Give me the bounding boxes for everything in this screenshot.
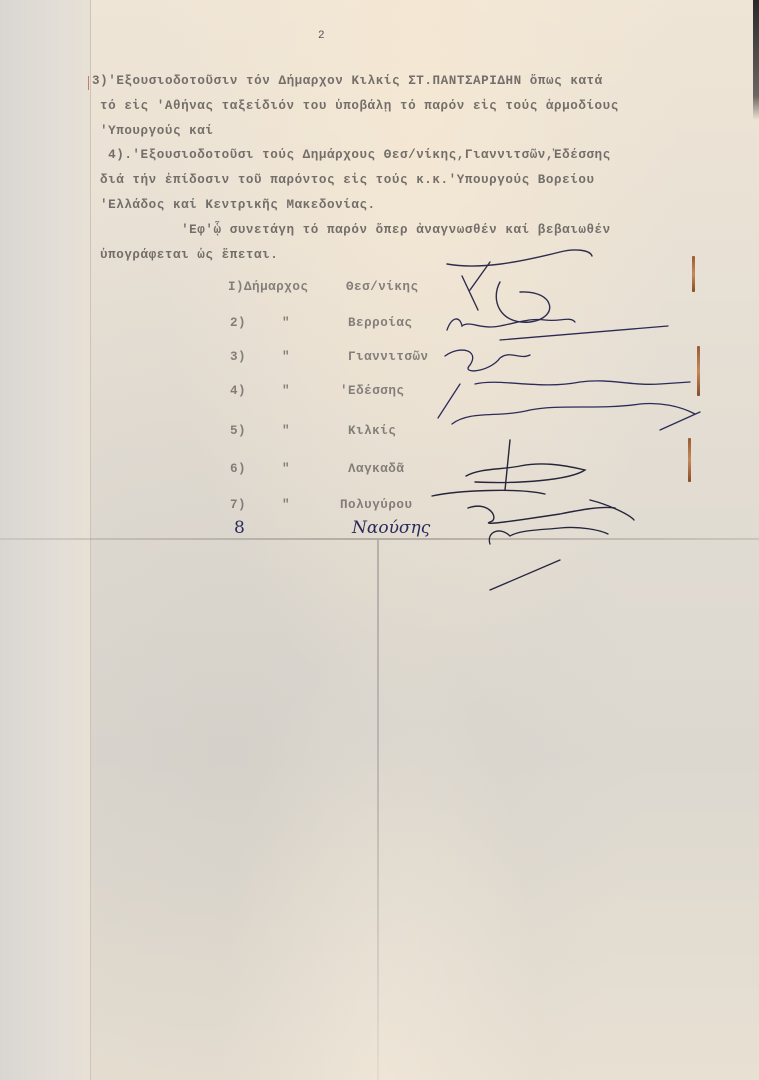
margin-mark (88, 76, 89, 90)
signatory-number: I) (228, 280, 244, 294)
signatory-place: Θεσ/νίκης (346, 280, 419, 294)
closing-line-1: 'Εφ'ᾧ συνετάγη τό παρόν ὅπερ ἀναγνωσθέν … (100, 219, 611, 241)
signatory-place: Κιλκίς (348, 424, 396, 438)
page-left-margin-strip (0, 0, 91, 1080)
closing-line-2: ὑπογράφεται ὡς ἕπεται. (100, 244, 278, 266)
handwritten-place: Ναούσης (352, 518, 430, 538)
signatory-title: Δήμαρχος (244, 280, 308, 294)
signatory-place: Γιαννιτσῶν (348, 350, 429, 364)
signatory-place: 'Εδέσσης (340, 384, 404, 398)
signatory-ditto: " (282, 350, 290, 364)
rust-mark (697, 346, 700, 396)
signatory-number: 2) (230, 316, 246, 330)
page-number: 2 (318, 30, 325, 42)
paragraph-3-line-3: 'Υπουργούς καί (100, 120, 214, 142)
signatory-number: 6) (230, 462, 246, 476)
signatory-ditto: " (282, 462, 290, 476)
paragraph-3-line-2: τό εἰς 'Αθήνας ταξείδιόν του ὑποβάλῃ τό … (100, 95, 619, 117)
signatory-ditto: " (282, 316, 290, 330)
vertical-fold-line (377, 540, 379, 1080)
signatory-place: Λαγκαδᾶ (348, 462, 404, 476)
signatory-place: Βερροίας (348, 316, 412, 330)
rust-mark (692, 256, 695, 292)
paragraph-4-line-1: 4).'Εξουσιοδοτοῦσι τούς Δημάρχους Θεσ/νί… (100, 144, 611, 166)
paragraph-3-line-1: 3)'Εξουσιοδοτοῦσιν τόν Δήμαρχον Κιλκίς Σ… (92, 70, 603, 92)
signatory-ditto: " (282, 424, 290, 438)
signatory-number: 4) (230, 384, 246, 398)
rust-mark (688, 438, 691, 482)
page-right-edge-shadow (753, 0, 759, 120)
signatory-place: Πολυγύρου (340, 498, 413, 512)
signatory-number: 7) (230, 498, 246, 512)
signatory-ditto: " (282, 498, 290, 512)
horizontal-fold-line (0, 538, 759, 540)
signatory-number: 3) (230, 350, 246, 364)
paragraph-4-line-2: διά τήν ἐπίδοσιν τοῦ παρόντος εἰς τούς κ… (100, 169, 595, 191)
signatory-number: 5) (230, 424, 246, 438)
signatory-ditto: " (282, 384, 290, 398)
handwritten-number: 8 (234, 518, 245, 538)
paragraph-4-line-3: 'Ελλάδος καί Κεντρικῆς Μακεδονίας. (100, 194, 376, 216)
